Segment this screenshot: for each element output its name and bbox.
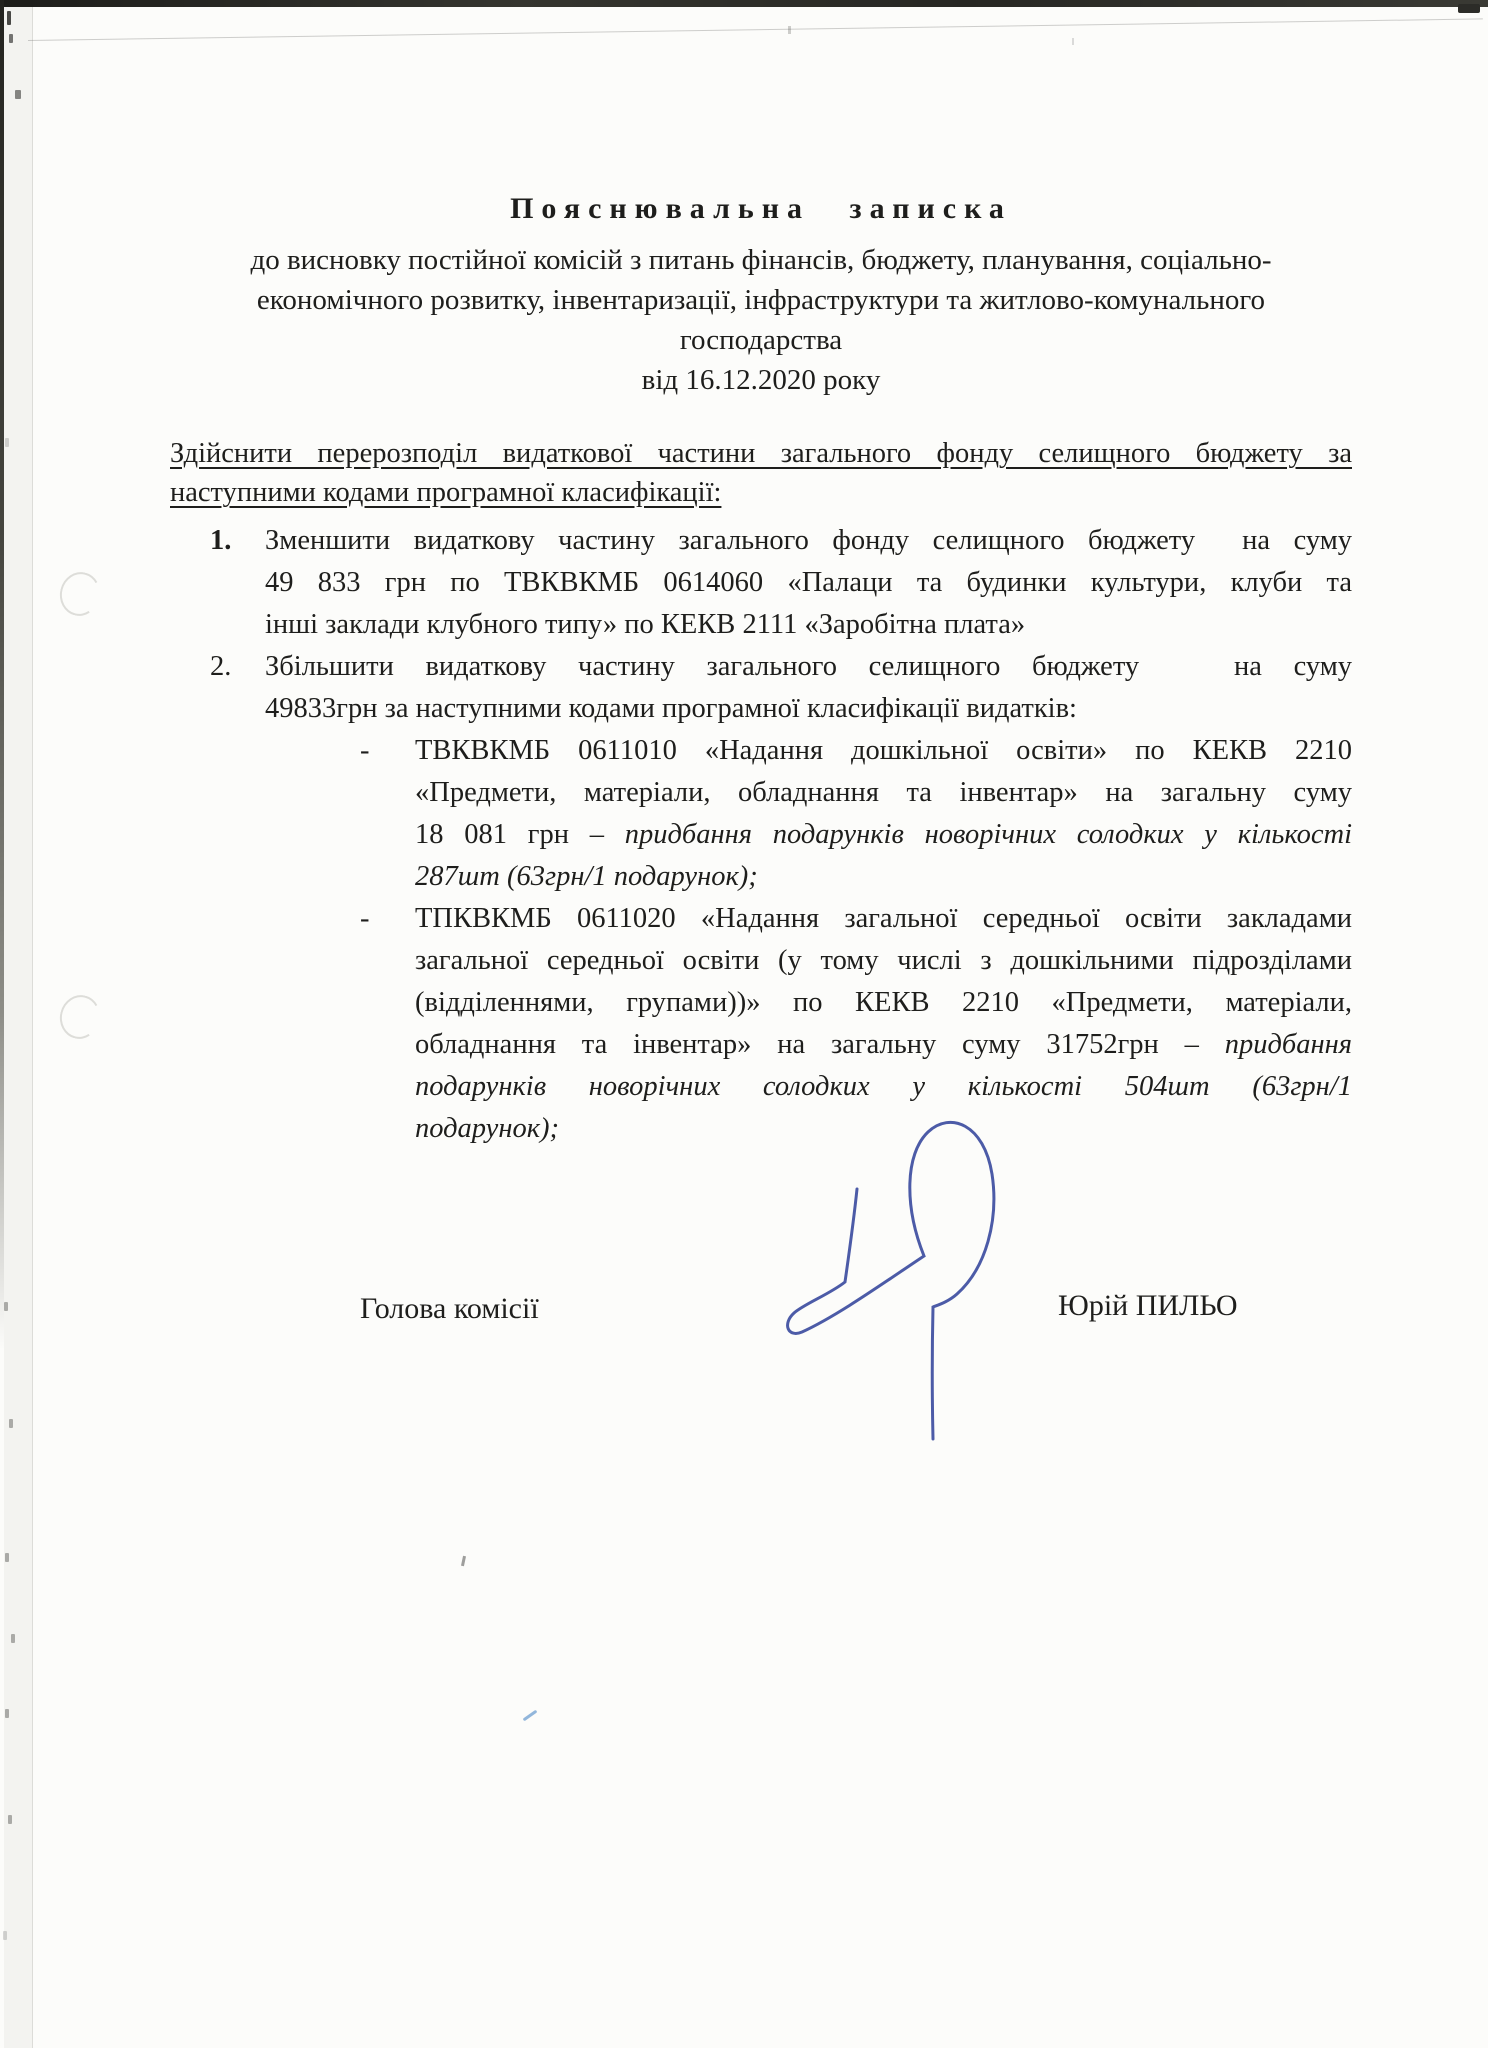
scan-speck: [5, 1709, 9, 1718]
item-line: Зменшити видаткову частину загального фо…: [265, 520, 1352, 562]
item-line: 18 081 грн – придбання подарунків новорі…: [415, 814, 1352, 856]
hole-punch-mark: [55, 991, 104, 1043]
scan-speck: [15, 90, 21, 99]
scan-speck: [461, 1556, 466, 1566]
scan-speck: [9, 1419, 13, 1428]
ink-speck: [523, 1710, 538, 1722]
scan-speck: [11, 1634, 15, 1643]
scan-edge-left: [0, 0, 4, 1350]
numbered-item-1: 1. Зменшити видаткову частину загального…: [170, 520, 1352, 646]
subtitle-line-1: до висновку постійної комісій з питань ф…: [170, 240, 1352, 280]
signature-name: Юрій ПИЛЬО: [1058, 1289, 1238, 1323]
dash-bullet: -: [360, 730, 370, 772]
item-line: 49 833 грн по ТВКВКМБ 0614060 «Палаци та…: [265, 562, 1352, 604]
scanned-document-page: Пояснювальна записка до висновку постійн…: [0, 0, 1488, 2048]
item-line: подарунків новорічних солодких у кількос…: [415, 1066, 1352, 1108]
item-number: 1.: [210, 520, 231, 562]
item-line: ТПКВКМБ 0611020 «Надання загальної серед…: [415, 898, 1352, 940]
scan-speck: [1072, 38, 1074, 45]
handwritten-signature: [752, 1106, 1052, 1451]
intro-line-1: Здійснити перерозподіл видаткової частин…: [170, 434, 1352, 473]
scan-edge-left-band: [4, 7, 33, 2048]
item-line: загальної середньої освіти (у тому числі…: [415, 940, 1352, 982]
scan-speck: [4, 1302, 8, 1311]
subtitle-line-3: господарства: [170, 320, 1352, 360]
paper-edge-line: [28, 18, 1483, 41]
item-line: інші заклади клубного типу» по КЕКВ 2111…: [265, 604, 1352, 646]
item-line: (відділеннями, групами))» по КЕКВ 2210 «…: [415, 982, 1352, 1024]
document-title: Пояснювальна записка: [170, 192, 1352, 226]
item-line: ТВКВКМБ 0611010 «Надання дошкільної осві…: [415, 730, 1352, 772]
subtitle-line-2: економічного розвитку, інвентаризації, і…: [170, 280, 1352, 320]
scan-speck: [7, 11, 11, 25]
signature-stroke: [788, 1122, 994, 1439]
scan-corner-mark: [1458, 4, 1480, 13]
hole-punch-mark: [55, 568, 104, 620]
item-line: «Предмети, матеріали, обладнання та інве…: [415, 772, 1352, 814]
dash-item-1: - ТВКВКМБ 0611010 «Надання дошкільної ос…: [170, 730, 1352, 898]
numbered-item-2: 2. Збільшити видаткову частину загальног…: [170, 646, 1352, 730]
scan-edge-top: [0, 0, 1488, 7]
scan-speck: [8, 1815, 12, 1824]
item-line: 287шт (63грн/1 подарунок);: [415, 856, 1352, 898]
scan-speck: [5, 438, 9, 447]
item-number: 2.: [210, 646, 231, 688]
scan-speck: [9, 34, 13, 43]
document-content: Пояснювальна записка до висновку постійн…: [170, 192, 1352, 1150]
scan-speck: [5, 1553, 9, 1562]
item-line: Збільшити видаткову частину загального с…: [265, 646, 1352, 688]
date-line: від 16.12.2020 року: [170, 360, 1352, 400]
item-line: 49833грн за наступними кодами програмної…: [265, 688, 1352, 730]
scan-speck: [788, 26, 791, 34]
item-line: обладнання та інвентар» на загальну суму…: [415, 1024, 1352, 1066]
intro-paragraph: Здійснити перерозподіл видаткової частин…: [170, 434, 1352, 512]
intro-line-2: наступними кодами програмної класифікаці…: [170, 473, 1352, 512]
scan-speck: [3, 1931, 7, 1940]
dash-bullet: -: [360, 898, 370, 940]
signature-role-label: Голова комісії: [360, 1292, 539, 1326]
